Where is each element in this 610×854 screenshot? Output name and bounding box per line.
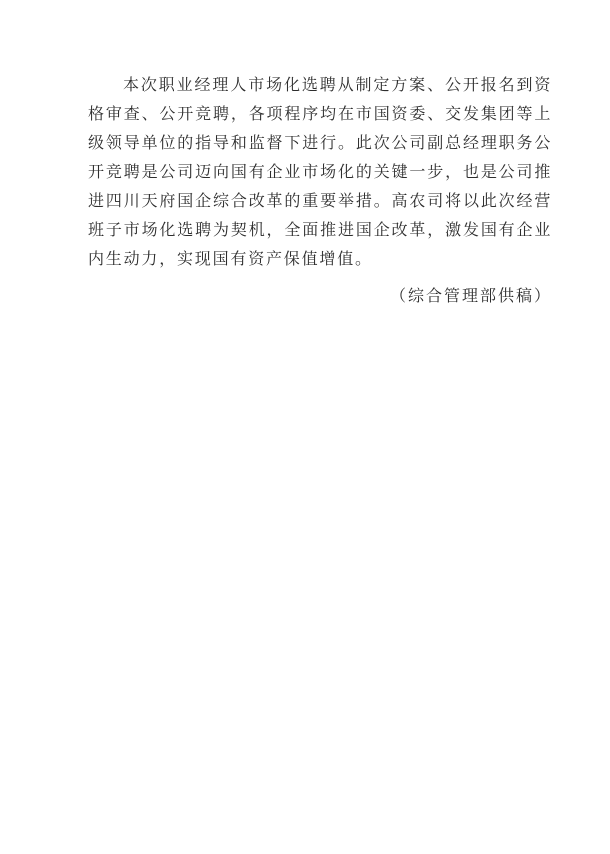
document-page: 本次职业经理人市场化选聘从制定方案、公开报名到资 格审查、公开竞聘，各项程序均在… [0,0,610,854]
paragraph-line: 级领导单位的指导和监督下进行。此次公司副总经理职务公 [88,129,552,158]
paragraph-line: 本次职业经理人市场化选聘从制定方案、公开报名到资 [88,71,552,100]
paragraph-line: 格审查、公开竞聘，各项程序均在市国资委、交发集团等上 [88,100,552,129]
paragraph-line: 开竞聘是公司迈向国有企业市场化的关键一步，也是公司推 [88,158,552,187]
attribution-line: （综合管理部供稿） [88,282,552,311]
body-text-block: 本次职业经理人市场化选聘从制定方案、公开报名到资 格审查、公开竞聘，各项程序均在… [88,71,552,311]
paragraph-line: 内生动力，实现国有资产保值增值。 [88,245,552,274]
paragraph-line: 进四川天府国企综合改革的重要举措。高农司将以此次经营 [88,187,552,216]
paragraph-line: 班子市场化选聘为契机，全面推进国企改革，激发国有企业 [88,216,552,245]
